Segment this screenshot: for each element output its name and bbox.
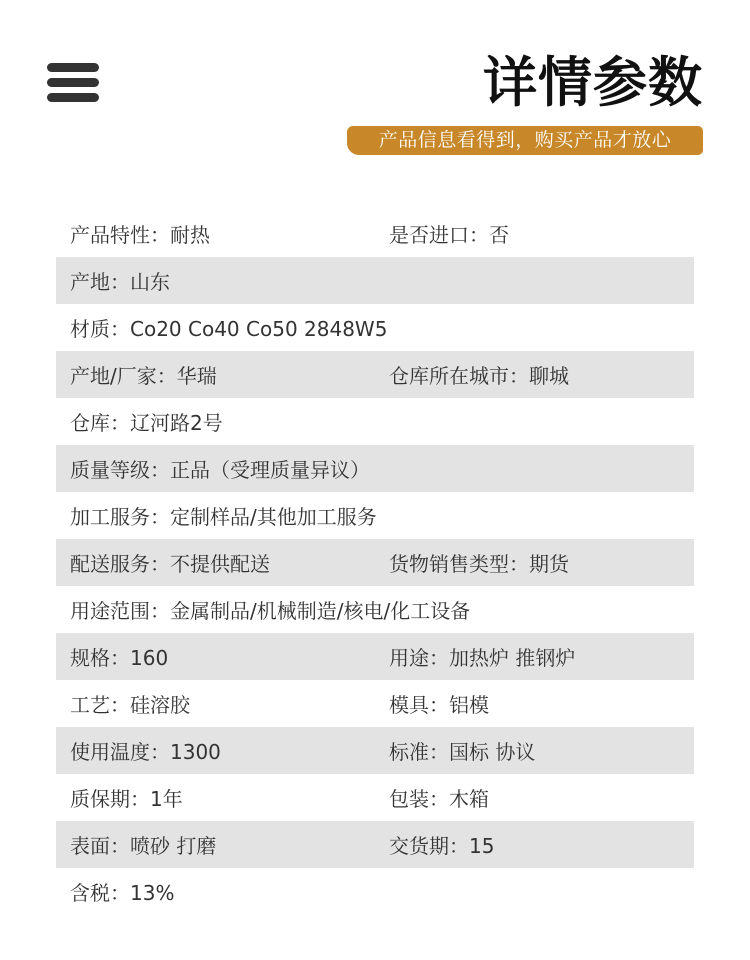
- spec-cell: 是否进口：否: [389, 219, 509, 248]
- spec-cell: 产品特性：耐热: [56, 219, 389, 248]
- spec-row: 产地/厂家：华瑞 仓库所在城市：聊城: [56, 351, 694, 398]
- spec-cell: 用途范围：金属制品/机械制造/核电/化工设备: [56, 595, 389, 624]
- spec-row: 质量等级：正品（受理质量异议）: [56, 445, 694, 492]
- menu-bar: [47, 78, 99, 87]
- menu-bar: [47, 93, 99, 102]
- spec-cell: 配送服务：不提供配送: [56, 548, 389, 577]
- spec-row: 表面：喷砂 打磨 交货期：15: [56, 821, 694, 868]
- menu-bar: [47, 63, 99, 72]
- spec-cell: 用途：加热炉 推钢炉: [389, 642, 575, 671]
- spec-cell: 产地：山东: [56, 266, 389, 295]
- spec-cell: 仓库所在城市：聊城: [389, 360, 569, 389]
- spec-cell: 工艺：硅溶胶: [56, 689, 389, 718]
- spec-cell: 产地/厂家：华瑞: [56, 360, 389, 389]
- hamburger-menu-icon[interactable]: [47, 63, 99, 103]
- spec-cell: 仓库：辽河路2号: [56, 407, 389, 436]
- spec-cell: 货物销售类型：期货: [389, 548, 569, 577]
- page-title: 详情参数: [483, 48, 703, 118]
- spec-row: 仓库：辽河路2号: [56, 398, 694, 445]
- subtitle-banner: 产品信息看得到，购买产品才放心: [347, 126, 703, 155]
- spec-cell: 规格：160: [56, 642, 389, 671]
- spec-row: 材质：Co20 Co40 Co50 2848W5: [56, 304, 694, 351]
- spec-cell: 含税：13%: [56, 877, 389, 906]
- spec-table: 产品特性：耐热 是否进口：否 产地：山东 材质：Co20 Co40 Co50 2…: [56, 210, 694, 915]
- spec-cell: 模具：铝模: [389, 689, 489, 718]
- spec-row: 规格：160 用途：加热炉 推钢炉: [56, 633, 694, 680]
- spec-row: 使用温度：1300 标准：国标 协议: [56, 727, 694, 774]
- spec-cell: 表面：喷砂 打磨: [56, 830, 389, 859]
- spec-row: 产地：山东: [56, 257, 694, 304]
- spec-cell: 交货期：15: [389, 830, 494, 859]
- spec-row: 工艺：硅溶胶 模具：铝模: [56, 680, 694, 727]
- spec-cell: 加工服务：定制样品/其他加工服务: [56, 501, 389, 530]
- spec-row: 质保期：1年 包装：木箱: [56, 774, 694, 821]
- spec-cell: 质量等级：正品（受理质量异议）: [56, 454, 389, 483]
- spec-cell: 质保期：1年: [56, 783, 389, 812]
- spec-cell: 材质：Co20 Co40 Co50 2848W5: [56, 313, 389, 342]
- spec-row: 产品特性：耐热 是否进口：否: [56, 210, 694, 257]
- spec-cell: 使用温度：1300: [56, 736, 389, 765]
- spec-row: 含税：13%: [56, 868, 694, 915]
- spec-row: 用途范围：金属制品/机械制造/核电/化工设备: [56, 586, 694, 633]
- spec-cell: 标准：国标 协议: [389, 736, 535, 765]
- spec-row: 配送服务：不提供配送 货物销售类型：期货: [56, 539, 694, 586]
- spec-cell: 包装：木箱: [389, 783, 489, 812]
- spec-row: 加工服务：定制样品/其他加工服务: [56, 492, 694, 539]
